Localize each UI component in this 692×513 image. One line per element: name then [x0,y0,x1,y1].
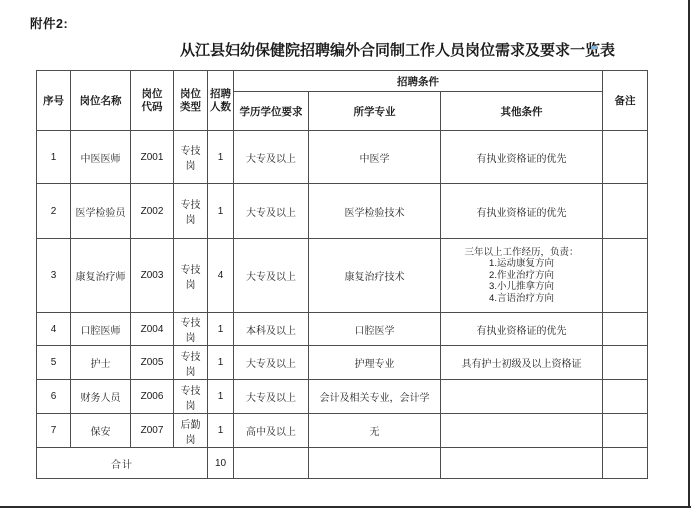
total-major [309,448,441,479]
page-bottom-edge [0,506,691,508]
cell-remark [603,239,648,313]
cell-other [441,380,603,414]
total-label: 合计 [37,448,208,479]
header-education: 学历学位要求 [234,92,309,131]
cell-education: 大专及以上 [234,131,309,184]
cell-position-name: 保安 [71,414,131,448]
cell-recruit-count: 1 [208,414,234,448]
header-remarks: 备注 [603,71,648,131]
cell-position-type: 专技岗 [174,239,208,313]
cell-education: 大专及以上 [234,346,309,380]
cell-position-type: 专技岗 [174,380,208,414]
table-row: 7 保安 Z007 后勤岗 1 高中及以上 无 [37,414,648,448]
table-row: 1 中医医师 Z001 专技岗 1 大专及以上 中医学 有执业资格证的优先 [37,131,648,184]
header-conditions-group: 招聘条件 [234,71,603,92]
cell-recruit-count: 1 [208,313,234,346]
cell-position-type: 专技岗 [174,313,208,346]
page-title: 从江县妇幼保健院招聘编外合同制工作人员岗位需求及要求一览表 [180,39,615,60]
cell-remark [603,131,648,184]
recruitment-table: 序号 岗位名称 岗位 代码 岗位 类型 招聘 人数 招聘条件 备注 学历学位要求… [36,70,648,479]
cell-remark [603,184,648,239]
cell-recruit-count: 1 [208,184,234,239]
cell-position-code: Z004 [131,313,174,346]
cell-position-code: Z002 [131,184,174,239]
cell-position-code: Z001 [131,131,174,184]
header-row-group: 序号 岗位名称 岗位 代码 岗位 类型 招聘 人数 招聘条件 备注 [37,71,648,92]
cell-seq: 5 [37,346,71,380]
table-row: 3 康复治疗师 Z003 专技岗 4 大专及以上 康复治疗技术 三年以上工作经历… [37,239,648,313]
cell-position-type: 专技岗 [174,131,208,184]
cell-recruit-count: 1 [208,346,234,380]
cell-position-name: 口腔医师 [71,313,131,346]
total-remark [603,448,648,479]
cell-other: 有执业资格证的优先 [441,184,603,239]
cell-seq: 6 [37,380,71,414]
cell-education: 大专及以上 [234,380,309,414]
cell-position-name: 财务人员 [71,380,131,414]
scan-artifact-mark [591,46,597,49]
cell-other [441,414,603,448]
cell-other: 三年以上工作经历，负责： 1.运动康复方向 2.作业治疗方向 3.小儿推拿方向 … [441,239,603,313]
total-other [441,448,603,479]
cell-remark [603,346,648,380]
cell-position-name: 康复治疗师 [71,239,131,313]
cell-seq: 7 [37,414,71,448]
cell-seq: 1 [37,131,71,184]
cell-position-code: Z003 [131,239,174,313]
cell-education: 大专及以上 [234,239,309,313]
cell-position-name: 医学检验员 [71,184,131,239]
cell-position-code: Z005 [131,346,174,380]
cell-other: 有执业资格证的优先 [441,313,603,346]
cell-education: 高中及以上 [234,414,309,448]
cell-major: 口腔医学 [309,313,441,346]
cell-recruit-count: 1 [208,131,234,184]
table-row: 6 财务人员 Z006 专技岗 1 大专及以上 会计及相关专业，会计学 [37,380,648,414]
cell-seq: 2 [37,184,71,239]
cell-major: 无 [309,414,441,448]
header-position-type: 岗位 类型 [174,71,208,131]
cell-position-code: Z007 [131,414,174,448]
header-recruit-count: 招聘 人数 [208,71,234,131]
cell-major: 康复治疗技术 [309,239,441,313]
table-row: 4 口腔医师 Z004 专技岗 1 本科及以上 口腔医学 有执业资格证的优先 [37,313,648,346]
cell-major: 会计及相关专业，会计学 [309,380,441,414]
header-other: 其他条件 [441,92,603,131]
page-right-edge [688,0,690,508]
cell-seq: 3 [37,239,71,313]
table-row: 5 护士 Z005 专技岗 1 大专及以上 护理专业 具有护士初级及以上资格证 [37,346,648,380]
header-position-name: 岗位名称 [71,71,131,131]
total-count: 10 [208,448,234,479]
cell-position-type: 专技岗 [174,184,208,239]
cell-recruit-count: 1 [208,380,234,414]
cell-other: 具有护士初级及以上资格证 [441,346,603,380]
cell-remark [603,380,648,414]
cell-other: 有执业资格证的优先 [441,131,603,184]
cell-seq: 4 [37,313,71,346]
header-major: 所学专业 [309,92,441,131]
cell-remark [603,313,648,346]
cell-position-type: 后勤岗 [174,414,208,448]
cell-remark [603,414,648,448]
cell-position-type: 专技岗 [174,346,208,380]
cell-major: 医学检验技术 [309,184,441,239]
cell-major: 护理专业 [309,346,441,380]
document-page: 附件2: 从江县妇幼保健院招聘编外合同制工作人员岗位需求及要求一览表 序号 岗位… [0,0,692,513]
table-row: 2 医学检验员 Z002 专技岗 1 大专及以上 医学检验技术 有执业资格证的优… [37,184,648,239]
cell-education: 本科及以上 [234,313,309,346]
header-seq: 序号 [37,71,71,131]
total-row: 合计 10 [37,448,648,479]
attachment-label: 附件2: [30,14,68,32]
cell-major: 中医学 [309,131,441,184]
header-position-code: 岗位 代码 [131,71,174,131]
cell-position-name: 中医医师 [71,131,131,184]
cell-education: 大专及以上 [234,184,309,239]
total-education [234,448,309,479]
cell-position-code: Z006 [131,380,174,414]
cell-recruit-count: 4 [208,239,234,313]
cell-position-name: 护士 [71,346,131,380]
